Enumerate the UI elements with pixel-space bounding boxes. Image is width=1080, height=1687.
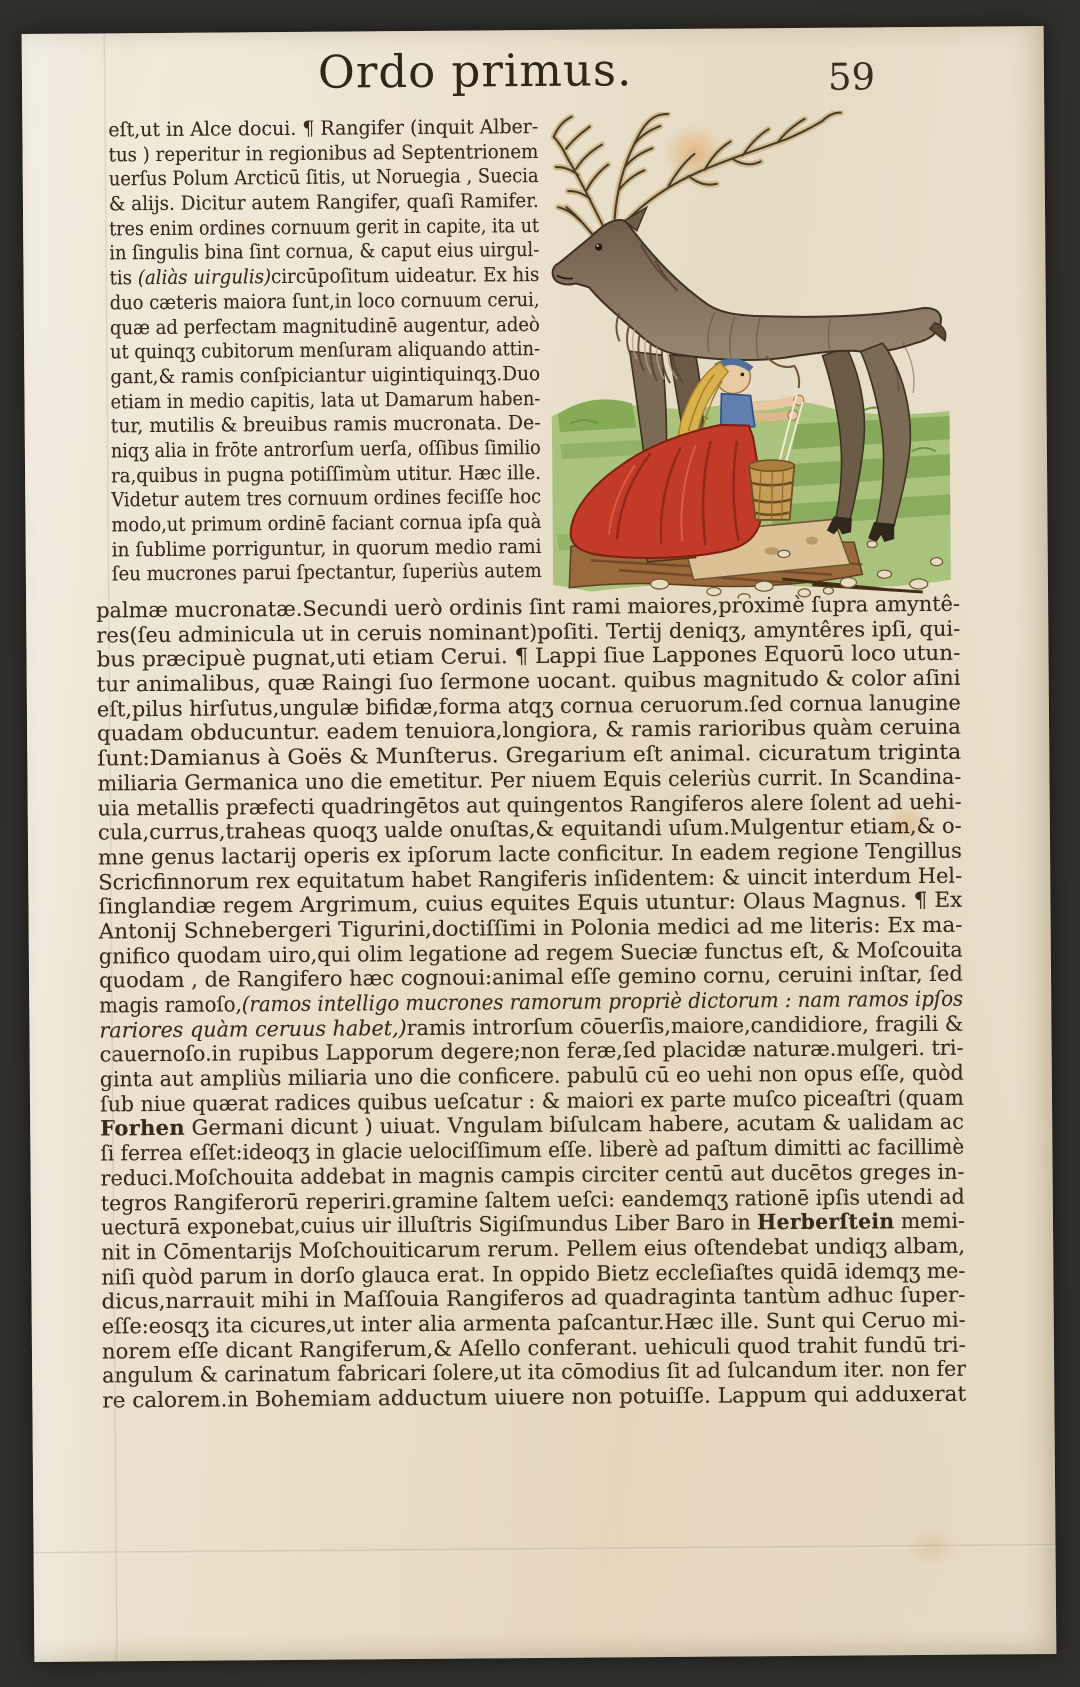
foxing-stain [905, 1529, 957, 1565]
text-line: quæ ad perfectam magnitudinē augentur, a… [110, 312, 540, 340]
text-line: ſeu mucrones parui ſpectantur, ſuperiùs … [112, 559, 542, 587]
text-line: tus ) reperitur in regionibus ad Septent… [108, 140, 538, 168]
page-crease-horizontal [34, 1544, 1056, 1555]
full-width-text: palmæ mucronatæ.Secundi uerò ordinis ſin… [96, 592, 966, 1413]
text-line: ra,quibus in pugna potiſſimùm utitur. Hæ… [111, 461, 541, 489]
text-line: gant,& ramis conſpiciantur uigintiquinqʒ… [110, 362, 540, 390]
text-line: modo,ut primum ordinē faciant cornua ipſ… [111, 510, 541, 538]
text-line: etiam in medio capitis, lata ut Damarum … [110, 387, 540, 415]
text-line: uerſus Polum Arcticū ſitis, ut Noruegia … [109, 164, 539, 192]
rangifer-woodcut-illustration [527, 110, 953, 600]
text-line: in ſublime porriguntur, in quorum medio … [112, 535, 542, 563]
text-line: tur, mutilis & breuibus ramis mucronata.… [111, 411, 541, 439]
book-page: Ordo primus. 59 [22, 26, 1057, 1662]
text-line: ut quinqʒ cubitorum menſuram aliquando a… [110, 337, 540, 365]
text-line: eſt,ut in Alce docui. ¶ Rangifer (inquit… [108, 115, 538, 143]
text-line: Videtur autem tres cornuum ordines feciſ… [111, 485, 541, 513]
text-line: & alijs. Dicitur autem Rangifer, quaſi R… [109, 189, 539, 217]
text-line: niqʒ alia in frōte antrorſum uerſa, oſſi… [111, 436, 541, 464]
left-text-column: eſt,ut in Alce docui. ¶ Rangifer (inquit… [108, 115, 542, 587]
text-line: in ſingulis bina ſint cornua, & caput ei… [109, 238, 539, 266]
page-number: 59 [828, 55, 875, 98]
text-line: tis (aliàs uirgulis)circūpoſitum uideatu… [109, 263, 539, 291]
text-line: duo cæteris maiora ſunt,in loco cornuum … [110, 288, 540, 316]
page-title: Ordo primus. [318, 43, 633, 98]
text-line: tres enim ordines cornuum gerit in capit… [109, 214, 539, 242]
